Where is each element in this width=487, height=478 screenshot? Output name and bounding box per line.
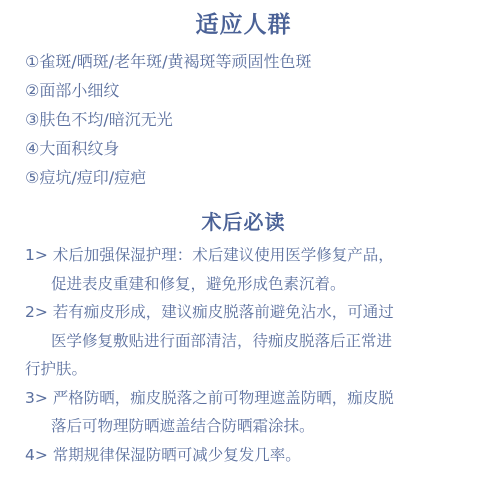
suitable-groups-list: ①雀斑/晒斑/老年斑/黄褐斑等顽固性色斑 ②面部小细纹 ③肤色不均/暗沉无光 ④… <box>25 47 312 192</box>
list-item: ④大面积纹身 <box>25 134 312 163</box>
post-op-notes-list: 1> 术后加强保湿护理：术后建议使用医学修复产品， 促进表皮重建和修复，避免形成… <box>25 241 394 469</box>
note-line: 落后可物理防晒遮盖结合防晒霜涂抹。 <box>25 412 394 441</box>
note-line: 3> 严格防晒，痂皮脱落之前可物理遮盖防晒，痂皮脱 <box>25 384 394 413</box>
section-title-post-op-notes: 术后必读 <box>0 206 487 235</box>
list-item: 3> 严格防晒，痂皮脱落之前可物理遮盖防晒，痂皮脱 落后可物理防晒遮盖结合防晒霜… <box>25 384 394 441</box>
section-title-suitable-groups: 适应人群 <box>0 6 487 39</box>
list-item: 1> 术后加强保湿护理：术后建议使用医学修复产品， 促进表皮重建和修复，避免形成… <box>25 241 394 298</box>
note-line: 2> 若有痂皮形成，建议痂皮脱落前避免沾水，可通过 <box>25 298 394 327</box>
note-line: 医学修复敷贴进行面部清洁，待痂皮脱落后正常进 <box>25 327 394 356</box>
list-item: 2> 若有痂皮形成，建议痂皮脱落前避免沾水，可通过 医学修复敷贴进行面部清洁，待… <box>25 298 394 384</box>
note-line: 1> 术后加强保湿护理：术后建议使用医学修复产品， <box>25 241 394 270</box>
note-line: 促进表皮重建和修复，避免形成色素沉着。 <box>25 270 394 299</box>
list-item: ①雀斑/晒斑/老年斑/黄褐斑等顽固性色斑 <box>25 47 312 76</box>
list-item: ⑤痘坑/痘印/痘疤 <box>25 163 312 192</box>
list-item: ③肤色不均/暗沉无光 <box>25 105 312 134</box>
list-item: 4> 常期规律保湿防晒可减少复发几率。 <box>25 441 394 470</box>
list-item: ②面部小细纹 <box>25 76 312 105</box>
note-line: 行护肤。 <box>25 355 394 384</box>
note-line: 4> 常期规律保湿防晒可减少复发几率。 <box>25 441 394 470</box>
